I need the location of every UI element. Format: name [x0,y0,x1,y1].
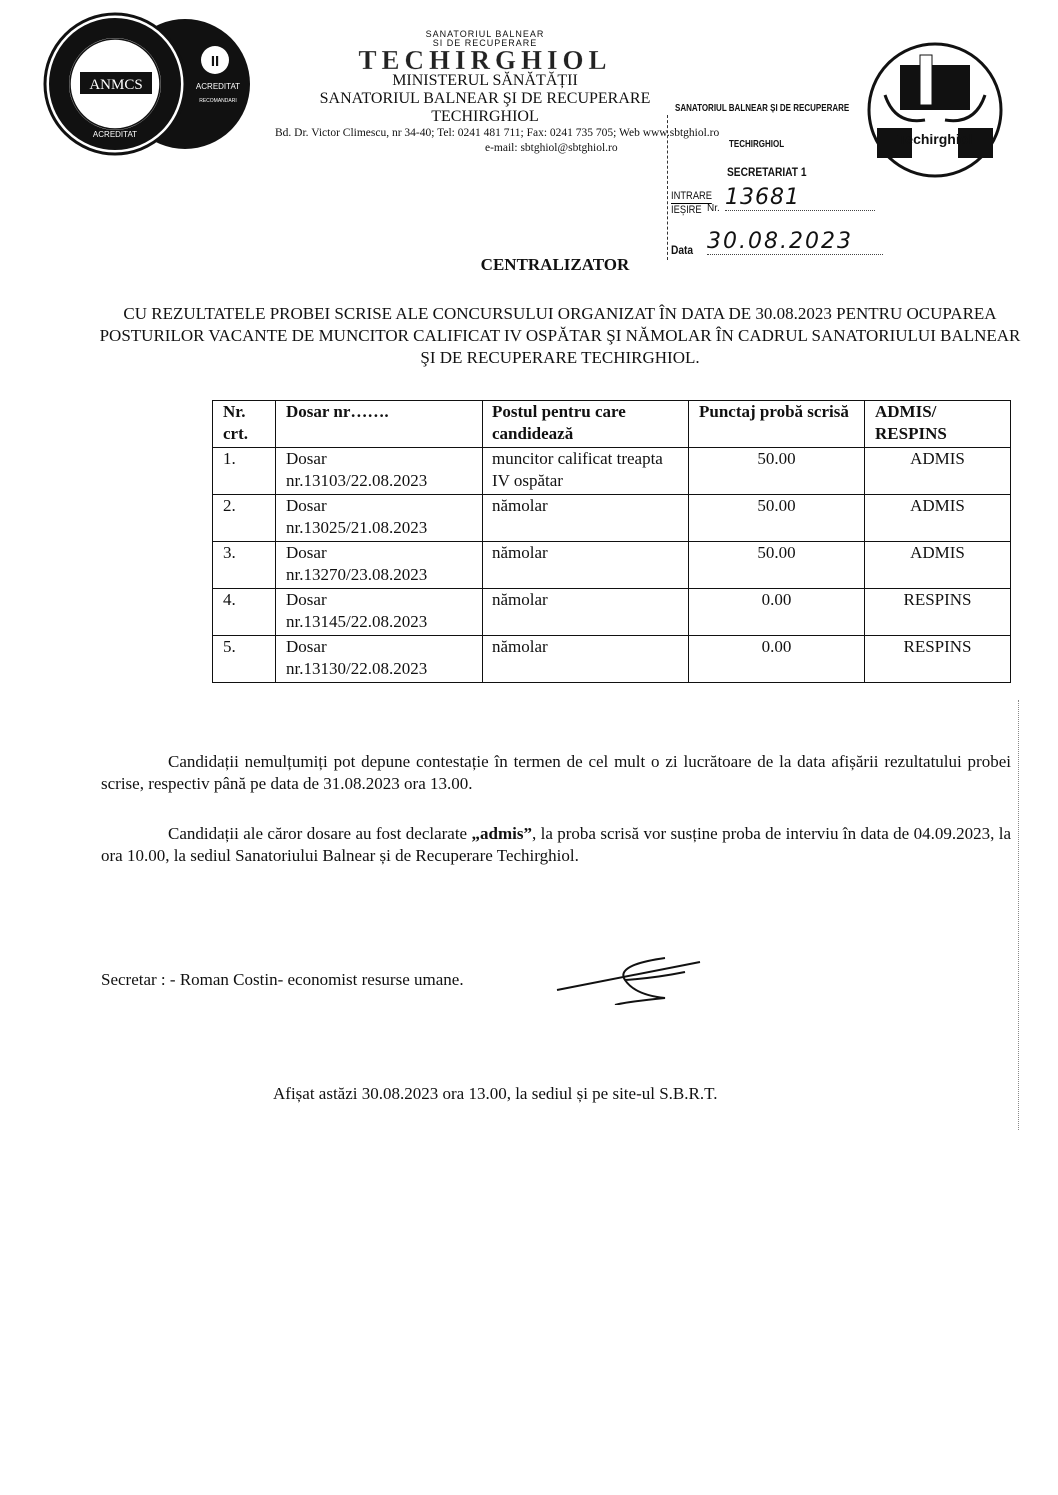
table-row: 5. Dosar nr.13130/22.08.2023 nămolar 0.0… [213,636,1011,683]
admis-emphasis: „admis” [472,824,532,843]
table-row: 4. Dosar nr.13145/22.08.2023 nămolar 0.0… [213,589,1011,636]
cell-dosar: Dosar nr.13130/22.08.2023 [276,636,483,683]
svg-text:ACREDITAT: ACREDITAT [93,130,137,139]
cell-rezultat: RESPINS [865,636,1011,683]
svg-text:Techirghiol: Techirghiol [898,131,972,147]
cell-post: nămolar [483,589,689,636]
table-row: 3. Dosar nr.13270/23.08.2023 nămolar 50.… [213,542,1011,589]
results-table: Nr. crt. Dosar nr……. Postul pentru care … [212,400,1011,683]
cell-rezultat: RESPINS [865,589,1011,636]
svg-text:II: II [211,53,219,70]
cell-nr: 2. [213,495,276,542]
cell-punctaj: 0.00 [689,589,865,636]
cell-dosar: Dosar nr.13103/22.08.2023 [276,448,483,495]
cell-dosar: Dosar nr.13270/23.08.2023 [276,542,483,589]
cell-post: nămolar [483,495,689,542]
stamp-nr-label: Nr. [707,203,720,214]
header-nr: Nr. crt. [213,401,276,448]
stamp-nr-value: 13681 [725,185,875,211]
stamp-entry-label: INTRARE [671,190,712,204]
cell-rezultat: ADMIS [865,542,1011,589]
cell-post: nămolar [483,636,689,683]
cell-punctaj: 50.00 [689,542,865,589]
institution-address: Bd. Dr. Victor Climescu, nr 34-40; Tel: … [275,127,719,139]
cell-dosar: Dosar nr.13025/21.08.2023 [276,495,483,542]
cell-nr: 3. [213,542,276,589]
ministry-name: MINISTERUL SĂNĂTĂȚII [270,72,700,90]
anmcs-text: ANMCS [89,77,142,93]
stamp-date-value: 30.08.2023 [707,229,883,255]
interview-paragraph: Candidații ale căror dosare au fost decl… [101,823,1011,867]
cell-post: nămolar [483,542,689,589]
cell-dosar: Dosar nr.13145/22.08.2023 [276,589,483,636]
cell-punctaj: 50.00 [689,448,865,495]
stamp-exit-label: IEȘIRE [671,204,712,217]
anmcs-accreditation-logo: ANMCS II ACREDITAT RECOMANDARI ACREDITAT [35,12,250,157]
svg-text:ACREDITAT: ACREDITAT [196,82,240,91]
scan-margin-artifact [1018,700,1020,1130]
document-subtitle: CU REZULTATELE PROBEI SCRISE ALE CONCURS… [90,303,1030,369]
institution-header: SANATORIUL BALNEAR SI DE RECUPERARE TECH… [270,30,700,126]
secretary-line: Secretar : - Roman Costin- economist res… [101,970,464,990]
cell-nr: 4. [213,589,276,636]
logo-techirghiol: TECHIRGHIOL [270,48,700,72]
stamp-city: TECHIRGHIOL [729,139,784,150]
registration-stamp: SANATORIUL BALNEAR ȘI DE RECUPERARE TECH… [667,103,889,263]
posting-note: Afișat astăzi 30.08.2023 ora 13.00, la s… [273,1084,717,1104]
institution-email: e-mail: sbtghiol@sbtghiol.ro [485,142,618,154]
stamp-institution: SANATORIUL BALNEAR ȘI DE RECUPERARE [675,103,849,114]
header-post: Postul pentru care candidează [483,401,689,448]
header-punctaj: Punctaj probă scrisă [689,401,865,448]
table-row: 2. Dosar nr.13025/21.08.2023 nămolar 50.… [213,495,1011,542]
document-title: CENTRALIZATOR [0,255,1058,275]
cell-post: muncitor calificat treapta IV ospătar [483,448,689,495]
cell-rezultat: ADMIS [865,495,1011,542]
cell-rezultat: ADMIS [865,448,1011,495]
cell-nr: 5. [213,636,276,683]
header-rezultat: ADMIS/ RESPINS [865,401,1011,448]
table-header-row: Nr. crt. Dosar nr……. Postul pentru care … [213,401,1011,448]
stamp-department: SECRETARIAT 1 [727,165,807,179]
svg-text:RECOMANDARI: RECOMANDARI [199,98,237,104]
contestation-paragraph: Candidații nemulțumiți pot depune contes… [101,751,1011,795]
table-row: 1. Dosar nr.13103/22.08.2023 muncitor ca… [213,448,1011,495]
signature [555,950,705,1005]
institution-name: SANATORIUL BALNEAR ŞI DE RECUPERARE TECH… [270,90,700,126]
cell-punctaj: 0.00 [689,636,865,683]
header-dosar: Dosar nr……. [276,401,483,448]
cell-nr: 1. [213,448,276,495]
cell-punctaj: 50.00 [689,495,865,542]
